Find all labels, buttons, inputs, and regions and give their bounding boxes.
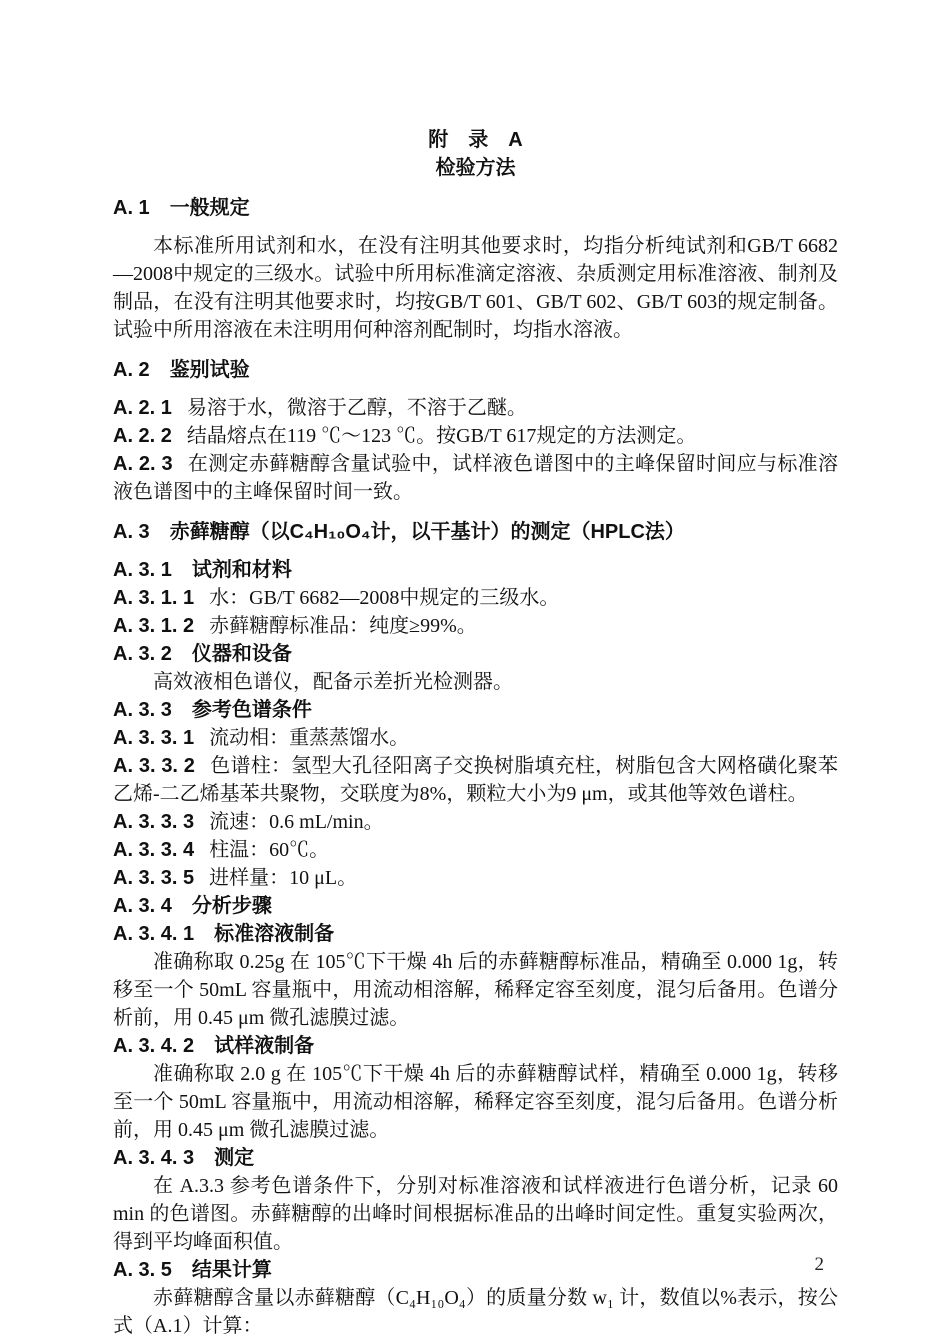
clause-a-2-3: A. 2. 3在测定赤藓糖醇含量试验中，试样液色谱图中的主峰保留时间应与标准溶液… bbox=[113, 450, 838, 506]
heading-a-3-3-title: 参考色谱条件 bbox=[192, 699, 312, 721]
heading-a-3-4-1-number: A. 3. 4. 1 bbox=[113, 923, 194, 945]
heading-a-1-title: 一般规定 bbox=[170, 197, 250, 219]
clause-a-2-2-number: A. 2. 2 bbox=[113, 425, 172, 447]
appendix-title: 附 录 A bbox=[113, 126, 838, 154]
paragraph-sample-solution: 准确称取 2.0 g 在 105℃下干燥 4h 后的赤藓糖醇试样，精确至 0.0… bbox=[113, 1060, 838, 1144]
clause-a-3-3-4-text: 柱温：60℃。 bbox=[209, 839, 329, 861]
heading-a-3-4-title: 分析步骤 bbox=[192, 895, 272, 917]
clause-a-2-1-text: 易溶于水，微溶于乙醇，不溶于乙醚。 bbox=[187, 397, 527, 419]
clause-a-3-3-5-number: A. 3. 3. 5 bbox=[113, 867, 194, 889]
clause-a-3-1-2-text: 赤藓糖醇标准品：纯度≥99%。 bbox=[209, 615, 477, 637]
clause-a-2-1: A. 2. 1易溶于水，微溶于乙醇，不溶于乙醚。 bbox=[113, 394, 838, 422]
paragraph-determination: 在 A.3.3 参考色谱条件下，分别对标准溶液和试样液进行色谱分析，记录 60 … bbox=[113, 1172, 838, 1256]
heading-a-3-4-1: A. 3. 4. 1标准溶液制备 bbox=[113, 920, 838, 948]
clause-a-3-3-1-text: 流动相：重蒸蒸馏水。 bbox=[209, 727, 409, 749]
clause-a-3-3-2: A. 3. 3. 2色谱柱：氢型大孔径阳离子交换树脂填充柱，树脂包含大网格磺化聚… bbox=[113, 752, 838, 808]
heading-a-3: A. 3赤藓糖醇（以C₄H₁₀O₄计，以干基计）的测定（HPLC法） bbox=[113, 518, 838, 546]
heading-a-3-5-number: A. 3. 5 bbox=[113, 1259, 172, 1281]
paragraph-instrument: 高效液相色谱仪，配备示差折光检测器。 bbox=[113, 668, 838, 696]
clause-a-3-3-3: A. 3. 3. 3流速：0.6 mL/min。 bbox=[113, 808, 838, 836]
heading-a-3-3-number: A. 3. 3 bbox=[113, 699, 172, 721]
heading-a-1-number: A. 1 bbox=[113, 197, 150, 219]
clause-a-2-3-text: 在测定赤藓糖醇含量试验中，试样液色谱图中的主峰保留时间应与标准溶液色谱图中的主峰… bbox=[113, 453, 838, 503]
clause-a-3-3-5-text: 进样量：10 μL。 bbox=[209, 867, 357, 889]
heading-a-3-1: A. 3. 1试剂和材料 bbox=[113, 556, 838, 584]
heading-a-3-5: A. 3. 5结果计算 bbox=[113, 1256, 838, 1284]
appendix-subtitle: 检验方法 bbox=[113, 154, 838, 182]
heading-a-3-4-2-number: A. 3. 4. 2 bbox=[113, 1035, 194, 1057]
heading-a-3-5-title: 结果计算 bbox=[192, 1259, 272, 1281]
paragraph-general-rules: 本标准所用试剂和水，在没有注明其他要求时，均指分析纯试剂和GB/T 6682—2… bbox=[113, 232, 838, 344]
clause-a-3-1-2: A. 3. 1. 2赤藓糖醇标准品：纯度≥99%。 bbox=[113, 612, 838, 640]
clause-a-3-3-3-text: 流速：0.6 mL/min。 bbox=[209, 811, 383, 833]
clause-a-2-1-number: A. 2. 1 bbox=[113, 397, 172, 419]
clause-a-3-3-2-number: A. 3. 3. 2 bbox=[113, 755, 195, 777]
heading-a-3-4-3-number: A. 3. 4. 3 bbox=[113, 1147, 194, 1169]
clause-a-3-3-4-number: A. 3. 3. 4 bbox=[113, 839, 194, 861]
heading-a-3-4-number: A. 3. 4 bbox=[113, 895, 172, 917]
paragraph-standard-solution: 准确称取 0.25g 在 105℃下干燥 4h 后的赤藓糖醇标准品，精确至 0.… bbox=[113, 948, 838, 1032]
heading-a-3-4-1-title: 标准溶液制备 bbox=[214, 923, 334, 945]
document-page: 附 录 A 检验方法 A. 1一般规定 本标准所用试剂和水，在没有注明其他要求时… bbox=[0, 0, 950, 1344]
heading-a-1: A. 1一般规定 bbox=[113, 194, 838, 222]
clause-a-3-1-2-number: A. 3. 1. 2 bbox=[113, 615, 194, 637]
clause-a-3-1-1-text: 水：GB/T 6682—2008中规定的三级水。 bbox=[209, 587, 559, 609]
paragraph-result-calculation: 赤藓糖醇含量以赤藓糖醇（C₄H₁₀O₄）的质量分数 w₁ 计，数值以%表示，按公… bbox=[113, 1284, 838, 1340]
heading-a-3-number: A. 3 bbox=[113, 521, 150, 543]
clause-a-3-1-1: A. 3. 1. 1水：GB/T 6682—2008中规定的三级水。 bbox=[113, 584, 838, 612]
clause-a-3-3-3-number: A. 3. 3. 3 bbox=[113, 811, 194, 833]
heading-a-3-3: A. 3. 3参考色谱条件 bbox=[113, 696, 838, 724]
heading-a-3-4-2-title: 试样液制备 bbox=[214, 1035, 314, 1057]
heading-a-3-4-3: A. 3. 4. 3测定 bbox=[113, 1144, 838, 1172]
heading-a-3-2-number: A. 3. 2 bbox=[113, 643, 172, 665]
heading-a-3-1-title: 试剂和材料 bbox=[192, 559, 292, 581]
heading-a-3-4-2: A. 3. 4. 2试样液制备 bbox=[113, 1032, 838, 1060]
heading-a-2: A. 2鉴别试验 bbox=[113, 356, 838, 384]
heading-a-3-4: A. 3. 4分析步骤 bbox=[113, 892, 838, 920]
heading-a-3-4-3-title: 测定 bbox=[214, 1147, 254, 1169]
heading-a-3-1-number: A. 3. 1 bbox=[113, 559, 172, 581]
heading-a-3-2-title: 仪器和设备 bbox=[192, 643, 292, 665]
clause-a-3-3-1: A. 3. 3. 1流动相：重蒸蒸馏水。 bbox=[113, 724, 838, 752]
clause-a-3-1-1-number: A. 3. 1. 1 bbox=[113, 587, 194, 609]
heading-a-2-number: A. 2 bbox=[113, 359, 150, 381]
heading-a-3-2: A. 3. 2仪器和设备 bbox=[113, 640, 838, 668]
heading-a-2-title: 鉴别试验 bbox=[170, 359, 250, 381]
clause-a-3-3-2-text: 色谱柱：氢型大孔径阳离子交换树脂填充柱，树脂包含大网格磺化聚苯乙烯-二乙烯基苯共… bbox=[113, 755, 838, 805]
clause-a-3-3-4: A. 3. 3. 4柱温：60℃。 bbox=[113, 836, 838, 864]
clause-a-3-3-5: A. 3. 3. 5进样量：10 μL。 bbox=[113, 864, 838, 892]
clause-a-2-2-text: 结晶熔点在119 ℃～123 ℃。按GB/T 617规定的方法测定。 bbox=[187, 425, 696, 447]
clause-a-2-2: A. 2. 2结晶熔点在119 ℃～123 ℃。按GB/T 617规定的方法测定… bbox=[113, 422, 838, 450]
page-number: 2 bbox=[815, 1254, 825, 1276]
clause-a-2-3-number: A. 2. 3 bbox=[113, 453, 173, 475]
heading-a-3-title: 赤藓糖醇（以C₄H₁₀O₄计，以干基计）的测定（HPLC法） bbox=[170, 521, 685, 543]
clause-a-3-3-1-number: A. 3. 3. 1 bbox=[113, 727, 194, 749]
